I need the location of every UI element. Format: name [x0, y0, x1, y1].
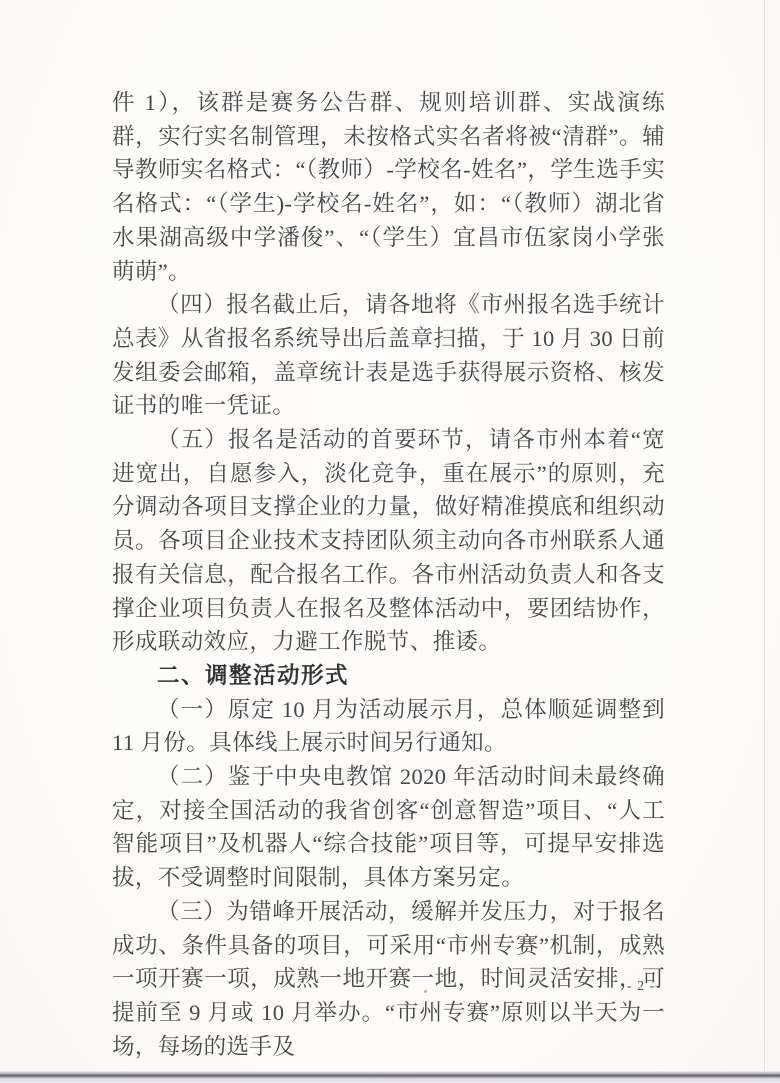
paragraph-item-si: （四）报名截止后，请各地将《市州报名选手统计总表》从省报名系统导出后盖章扫描，于… — [112, 288, 665, 423]
paragraph-item-wu: （五）报名是活动的首要环节，请各市州本着“宽进宽出，自愿参入，淡化竞争，重在展示… — [112, 423, 665, 659]
scan-speck — [424, 990, 427, 993]
paragraph-item-yi: （一）原定 10 月为活动展示月，总体顺延调整到 11 月份。具体线上展示时间另… — [112, 693, 665, 760]
paragraph-continuation: 件 1），该群是赛务公告群、规则培训群、实战演练群，实行实名制管理，未按格式实名… — [112, 86, 665, 288]
section-heading-adjust-activity-format: 二、调整活动形式 — [112, 659, 665, 693]
scan-edge-bottom — [0, 1071, 780, 1083]
scan-edge-right — [764, 0, 765, 1083]
document-page: 件 1），该群是赛务公告群、规则培训群、实战演练群，实行实名制管理，未按格式实名… — [0, 0, 780, 1083]
page-number: - 2 - — [627, 979, 655, 995]
paragraph-item-er: （二）鉴于中央电教馆 2020 年活动时间未最终确定，对接全国活动的我省创客“创… — [112, 760, 665, 895]
document-body: 件 1），该群是赛务公告群、规则培训群、实战演练群，实行实名制管理，未按格式实名… — [112, 86, 665, 1063]
paragraph-item-san: （三）为错峰开展活动，缓解并发压力，对于报名成功、条件具备的项目，可采用“市州专… — [112, 895, 665, 1064]
